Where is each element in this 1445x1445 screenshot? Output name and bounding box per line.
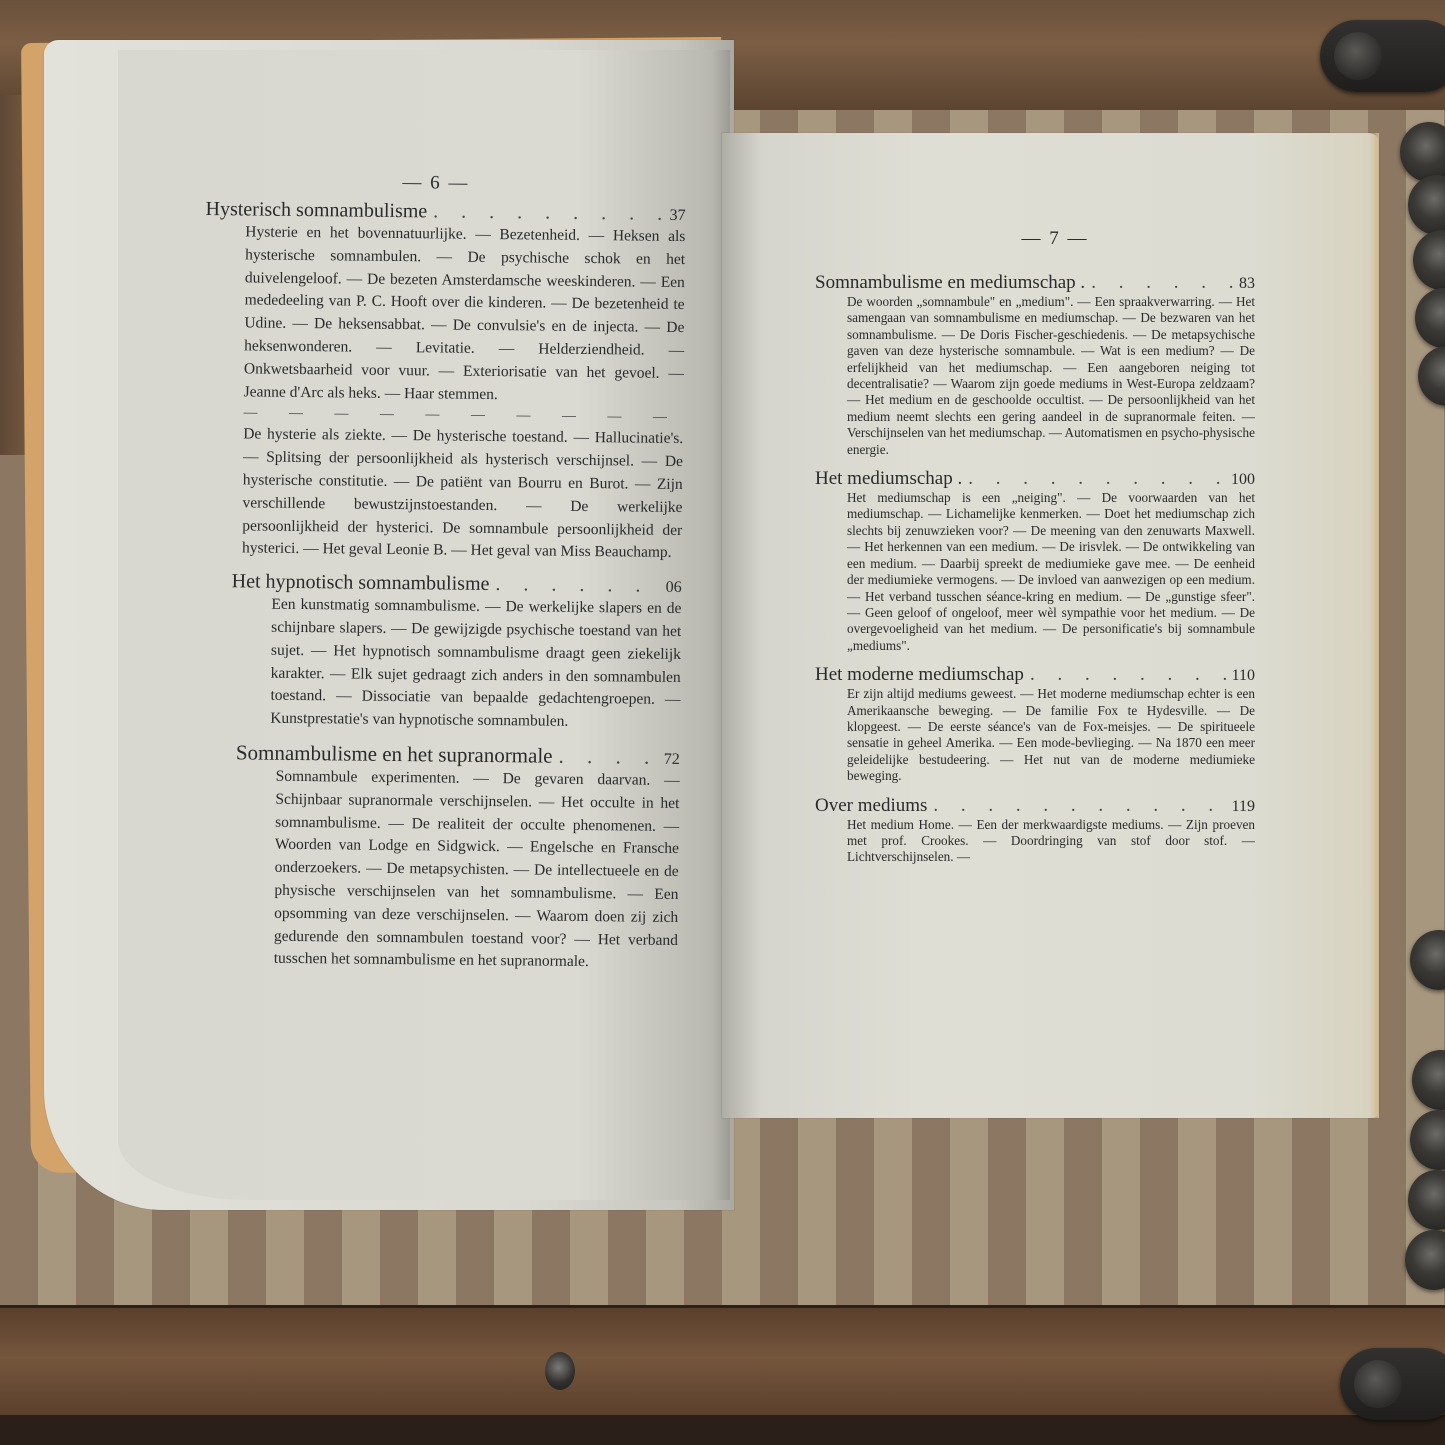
page-number: — 7 — bbox=[855, 228, 1255, 250]
floor-shadow bbox=[0, 1415, 1445, 1445]
toc-entry: Het moderne mediumschap . . . . . . . . … bbox=[815, 664, 1255, 784]
toc-entry-title: Somnambulisme en het supranormale bbox=[236, 740, 553, 768]
toc-entry-summary-continued: De hysterie als ziekte. — De hysterische… bbox=[242, 424, 683, 565]
toc-page-number: 72 bbox=[664, 751, 680, 769]
toc-page-number: 119 bbox=[1232, 798, 1255, 816]
toc-entry-heading: Het moderne mediumschap . . . . . . . . … bbox=[815, 664, 1255, 686]
toc-page-number: 06 bbox=[666, 579, 682, 597]
toc-entry-heading: Somnambulisme en mediumschap . . . . . .… bbox=[815, 272, 1255, 294]
leader-dots: . . . . . . . . . . . . . . . . . . . . … bbox=[933, 795, 1225, 817]
toc-entry-summary: Somnambule experimenten. — De gevaren da… bbox=[274, 766, 680, 975]
toc-entry: Somnambulisme en het supranormale . . . … bbox=[234, 740, 680, 975]
toc-entry-heading: Over mediums . . . . . . . . . . . . . .… bbox=[815, 795, 1255, 817]
leader-dots: . . . . . . . . . . . . . . . . . . . . … bbox=[1030, 664, 1226, 686]
toc-entry-summary: Een kunstmatig somnambulisme. — De werke… bbox=[270, 594, 681, 735]
leader-dots: . . . . . . . . . . . . . . . . . . . . … bbox=[495, 573, 659, 598]
toc-entry-summary: Het mediumschap is een „neiging". — De v… bbox=[847, 490, 1255, 654]
toc-entry-title: Het mediumschap . bbox=[815, 468, 962, 490]
toc-entry: Hysterisch somnambulisme . . . . . . . .… bbox=[202, 198, 686, 565]
left-page-content: — 6 — Hysterisch somnambulisme . . . . .… bbox=[198, 170, 686, 985]
wooden-trunk-bottom-rail bbox=[0, 1305, 1445, 1418]
toc-entry-heading: Het mediumschap . . . . . . . . . . . . … bbox=[815, 468, 1255, 490]
right-page-content: — 7 — Somnambulisme en mediumschap . . .… bbox=[815, 228, 1255, 876]
leader-dots: . . . . . . . . . . . . . . . . . . . . … bbox=[433, 200, 664, 225]
iron-latch-bottom-icon bbox=[1340, 1348, 1445, 1420]
toc-entry: Somnambulisme en mediumschap . . . . . .… bbox=[815, 272, 1255, 458]
toc-entry-summary: De woorden „somnambule" en „medium". — E… bbox=[847, 294, 1255, 458]
toc-page-number: 100 bbox=[1231, 471, 1255, 489]
toc-entry-summary: Er zijn altijd mediums geweest. — Het mo… bbox=[847, 686, 1255, 784]
toc-page-number: 83 bbox=[1239, 275, 1255, 293]
leader-dots: . . . . . . . . . . . . . . . . . . . . … bbox=[558, 744, 658, 770]
toc-page-number: 37 bbox=[669, 207, 685, 225]
toc-entry: Over mediums . . . . . . . . . . . . . .… bbox=[815, 795, 1255, 866]
leader-dots: . . . . . . . . . . . . . . . . . . . . … bbox=[968, 468, 1225, 490]
toc-page-number: 110 bbox=[1232, 667, 1255, 685]
toc-entry-title: Hysterisch somnambulisme bbox=[205, 198, 427, 223]
iron-latch-top-icon bbox=[1320, 20, 1445, 92]
toc-entry-title: Het hypnotisch somnambulisme bbox=[232, 570, 490, 596]
toc-entry-summary: Het medium Home. — Een der merkwaardigst… bbox=[847, 817, 1255, 866]
toc-entry-title: Het moderne mediumschap bbox=[815, 664, 1024, 686]
page-number: — 6 — bbox=[186, 170, 686, 197]
toc-entry-title: Somnambulisme en mediumschap . bbox=[815, 272, 1085, 294]
toc-entry-summary: Hysterie en het bovennatuurlijke. — Beze… bbox=[244, 221, 686, 408]
leader-dots: . . . . . . . . . . . . . . . . . . . . … bbox=[1091, 272, 1233, 294]
toc-entry: Het hypnotisch somnambulisme . . . . . .… bbox=[230, 570, 682, 734]
toc-entry: Het mediumschap . . . . . . . . . . . . … bbox=[815, 468, 1255, 654]
iron-bolt-icon bbox=[545, 1352, 575, 1390]
toc-entry-title: Over mediums bbox=[815, 795, 927, 817]
